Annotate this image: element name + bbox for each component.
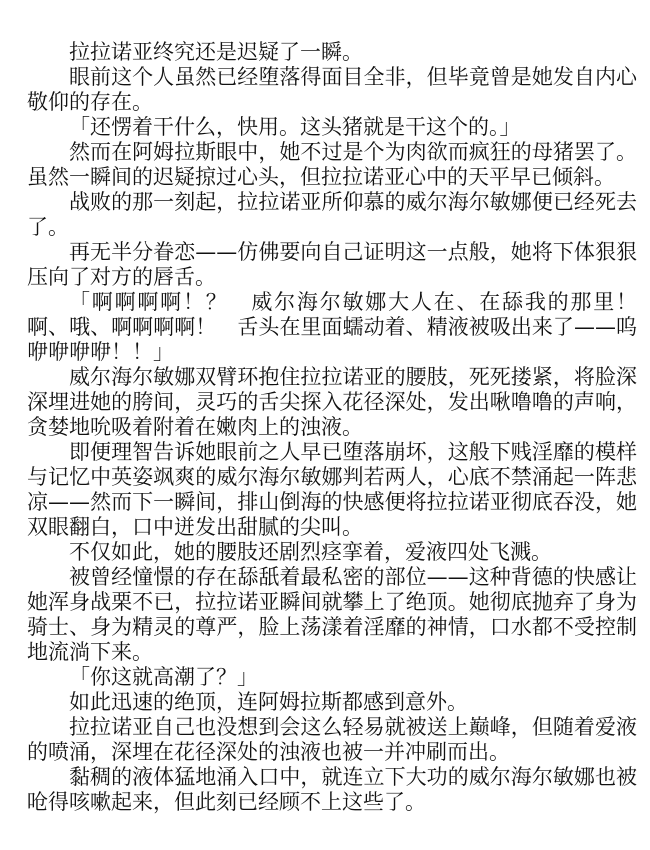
novel-page: 拉拉诺亚终究还是迟疑了一瞬。眼前这个人虽然已经堕落得面目全非，但毕竟曾是她发自内… bbox=[0, 0, 650, 850]
novel-paragraph: 「啊啊啊啊！？ 威尔海尔敏娜大人在、在舔我的那里！ 啊、哦、啊啊啊啊！ 舌头在里… bbox=[27, 290, 637, 365]
novel-paragraph: 再无半分眷恋——仿佛要向自己证明这一点般，她将下体狠狠压向了对方的唇舌。 bbox=[27, 240, 637, 290]
novel-paragraph: 拉拉诺亚自己也没想到会这么轻易就被送上巅峰，但随着爱液的喷涌，深埋在花径深处的浊… bbox=[27, 715, 637, 765]
novel-paragraph: 「你这就高潮了？」 bbox=[27, 665, 637, 690]
novel-paragraph: 黏稠的液体猛地涌入口中，就连立下大功的威尔海尔敏娜也被呛得咳嗽起来，但此刻已经顾… bbox=[27, 765, 637, 815]
novel-paragraph: 如此迅速的绝顶，连阿姆拉斯都感到意外。 bbox=[27, 690, 637, 715]
novel-paragraph: 即便理智告诉她眼前之人早已堕落崩坏，这般下贱淫靡的模样与记忆中英姿飒爽的威尔海尔… bbox=[27, 440, 637, 540]
novel-paragraph: 然而在阿姆拉斯眼中，她不过是个为肉欲而疯狂的母猪罢了。虽然一瞬间的迟疑掠过心头，… bbox=[27, 140, 637, 190]
novel-text: 拉拉诺亚终究还是迟疑了一瞬。眼前这个人虽然已经堕落得面目全非，但毕竟曾是她发自内… bbox=[0, 0, 650, 815]
novel-paragraph: 威尔海尔敏娜双臂环抱住拉拉诺亚的腰肢，死死搂紧，将脸深深埋进她的胯间，灵巧的舌尖… bbox=[27, 365, 637, 440]
novel-paragraph: 「还愣着干什么，快用。这头猪就是干这个的。」 bbox=[27, 115, 637, 140]
novel-paragraph: 眼前这个人虽然已经堕落得面目全非，但毕竟曾是她发自内心敬仰的存在。 bbox=[27, 65, 637, 115]
novel-paragraph: 被曾经憧憬的存在舔舐着最私密的部位——这种背德的快感让她浑身战栗不已，拉拉诺亚瞬… bbox=[27, 565, 637, 665]
novel-paragraph: 不仅如此，她的腰肢还剧烈痉挛着，爱液四处飞溅。 bbox=[27, 540, 637, 565]
novel-paragraph: 战败的那一刻起，拉拉诺亚所仰慕的威尔海尔敏娜便已经死去了。 bbox=[27, 190, 637, 240]
novel-paragraph: 拉拉诺亚终究还是迟疑了一瞬。 bbox=[27, 40, 637, 65]
